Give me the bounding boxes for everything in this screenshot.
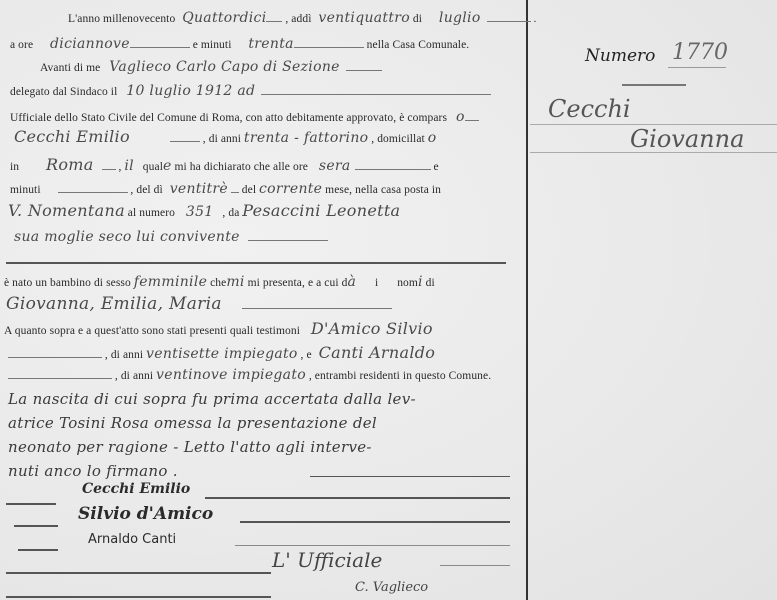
value-house-number: 351 <box>186 204 214 220</box>
value-declarant-name: Cecchi Emilio <box>14 127 130 146</box>
value-hour: diciannove <box>50 36 130 52</box>
value-domiciled-suffix: o <box>428 130 437 146</box>
signature-witness-1: Silvio d'Amico <box>78 504 213 524</box>
birth-record-page: L'anno millenovecento Quattordici , addì… <box>0 0 777 600</box>
number-underline <box>668 67 726 68</box>
label-i: i <box>375 277 378 289</box>
value-quale-suffix: e <box>163 158 172 174</box>
signature-line-2 <box>240 521 510 523</box>
value-street: V. Nomentana <box>8 201 125 220</box>
label-number: al numero <box>128 207 175 219</box>
value-year: Quattordici <box>182 10 266 26</box>
label-domiciled: , domicillat <box>371 133 425 145</box>
value-mother-name: Pesaccini Leonetta <box>242 201 400 220</box>
value-witness2-name: Canti Arnaldo <box>319 343 436 362</box>
row-witness1-age: , di anni ventisette impiegato , e Canti… <box>8 346 435 362</box>
row-address: V. Nomentana al numero 351 , da Pesaccin… <box>8 204 400 220</box>
sidebar-given-name: Giovanna <box>630 125 744 153</box>
label-age: , di anni <box>203 133 241 145</box>
label-casa-comunale: nella Casa Comunale. <box>367 39 470 51</box>
signature-witness-2: Arnaldo Canti <box>88 532 176 547</box>
record-number-label: Numero <box>585 46 655 66</box>
value-witness1-age: ventisette impiegato <box>146 346 298 362</box>
label-residents: , entrambi residenti in questo Comune. <box>309 370 491 382</box>
signature-line-4 <box>6 572 271 574</box>
label-del-di: , del dì <box>130 184 162 196</box>
value-age-occupation: trenta - fattorino <box>244 130 368 146</box>
row-child-names: Giovanna, Emilia, Maria <box>6 297 392 313</box>
signature-line-6 <box>6 596 271 598</box>
label-ufficiale: Ufficiale dello Stato Civile del Comune … <box>10 112 447 124</box>
label-declared-hour: mi ha dichiarato che alle ore <box>174 161 308 173</box>
label-witness2-age: , di anni <box>115 370 153 382</box>
label-presents: mi presenta, e a cui d <box>248 277 348 289</box>
value-sex: femminile <box>134 274 207 290</box>
label-da: , da <box>222 207 239 219</box>
annotation-line-1: La nascita di cui sopra fu prima accerta… <box>8 392 416 406</box>
value-month: luglio <box>439 10 481 26</box>
record-number-value: 1770 <box>672 40 728 65</box>
value-article: il <box>124 158 134 174</box>
comma: , <box>119 161 122 173</box>
label-in: in <box>10 161 19 173</box>
row-residence: in Roma , il quale mi ha dichiarato che … <box>10 158 439 174</box>
value-presents: mi <box>226 274 244 290</box>
row-year-date: L'anno millenovecento Quattordici , addì… <box>68 11 536 26</box>
number-rule <box>622 84 686 86</box>
label-che: che <box>210 277 226 289</box>
signature-line-1 <box>205 497 510 499</box>
row-time: a ore diciannove e minuti trenta nella C… <box>10 37 469 52</box>
label-and: e <box>433 161 438 173</box>
signature-line-5 <box>440 565 510 566</box>
value-delegation-date: 10 luglio 1912 ad <box>126 83 255 99</box>
value-city: Roma <box>46 155 94 174</box>
signature-dash-3 <box>18 549 58 551</box>
value-witness1-name: D'Amico Silvio <box>311 319 433 338</box>
value-current: corrente <box>259 181 322 197</box>
label-del: del <box>242 184 256 196</box>
row-witnesses: A quanto sopra e a quest'atto sono stati… <box>4 322 433 338</box>
value-birth-hour: sera <box>319 158 351 174</box>
label-quale: qual <box>143 161 163 173</box>
value-child-names: Giovanna, Emilia, Maria <box>6 294 222 314</box>
value-nomi-suffix: i <box>418 274 423 290</box>
signature-line-3 <box>235 545 510 546</box>
label-year: L'anno millenovecento <box>68 13 175 25</box>
row-witness2-age: , di anni ventinove impiegato , entrambi… <box>8 368 491 383</box>
label-di: di <box>426 277 435 289</box>
value-officer: Vaglieco Carlo Capo di Sezione <box>109 59 339 75</box>
label-hour: a ore <box>10 39 33 51</box>
sidebar-surname: Cecchi <box>548 95 631 123</box>
label-witness1-age: , di anni <box>105 349 143 361</box>
value-birth-day: ventitrè <box>170 181 228 197</box>
label-delegato: delegato dal Sindaco il <box>10 86 117 98</box>
label-nomi: nom <box>397 277 418 289</box>
annotation-end-rule <box>310 476 510 477</box>
signature-officer: C. Vaglieco <box>355 580 428 595</box>
column-divider <box>526 0 528 600</box>
row-declarant: Cecchi Emilio , di anni trenta - fattori… <box>14 130 436 146</box>
value-gives-suffix: à <box>347 274 356 290</box>
signature-dash-2 <box>14 525 58 527</box>
label-minutes: e minuti <box>193 39 232 51</box>
row-ufficiale: Ufficiale dello Stato Civile del Comune … <box>10 110 479 125</box>
value-gender-suffix: o <box>456 109 465 125</box>
annotation-line-4: nuti anco lo firmano . <box>8 464 178 478</box>
row-birth-day: minuti , del dì ventitrè del corrente me… <box>10 182 441 197</box>
value-day: ventiquattro <box>318 10 410 26</box>
section-rule <box>6 262 506 264</box>
label-witnesses: A quanto sopra e a quest'atto sono stati… <box>4 325 300 337</box>
label-minuti: minuti <box>10 184 41 196</box>
label-house: mese, nella casa posta in <box>325 184 441 196</box>
label-month: di <box>413 13 422 25</box>
signature-declarant: Cecchi Emilio <box>82 481 190 497</box>
annotation-line-2: atrice Tosini Rosa omessa la presentazio… <box>8 416 377 430</box>
value-witness2-age: ventinove impiegato <box>156 367 306 383</box>
sidebar-rule-2 <box>530 152 777 153</box>
signature-dash-1 <box>6 503 56 505</box>
label-day: , addì <box>285 13 311 25</box>
annotation-line-3: neonato per ragione - Letto l'atto agli … <box>8 440 372 454</box>
row-child-sex: è nato un bambino di sesso femminile che… <box>4 275 435 290</box>
row-delegation: delegato dal Sindaco il 10 luglio 1912 a… <box>10 84 491 99</box>
label-avanti: Avanti di me <box>40 62 100 74</box>
label-born: è nato un bambino di sesso <box>4 277 131 289</box>
row-mother-relation: sua moglie seco lui convivente <box>14 230 328 245</box>
value-mother-relation: sua moglie seco lui convivente <box>14 229 240 245</box>
label-and-witness2: , e <box>301 349 312 361</box>
row-officer: Avanti di me Vaglieco Carlo Capo di Sezi… <box>40 60 382 75</box>
value-minutes: trenta <box>248 36 293 52</box>
officer-title: L' Ufficiale <box>272 548 382 572</box>
